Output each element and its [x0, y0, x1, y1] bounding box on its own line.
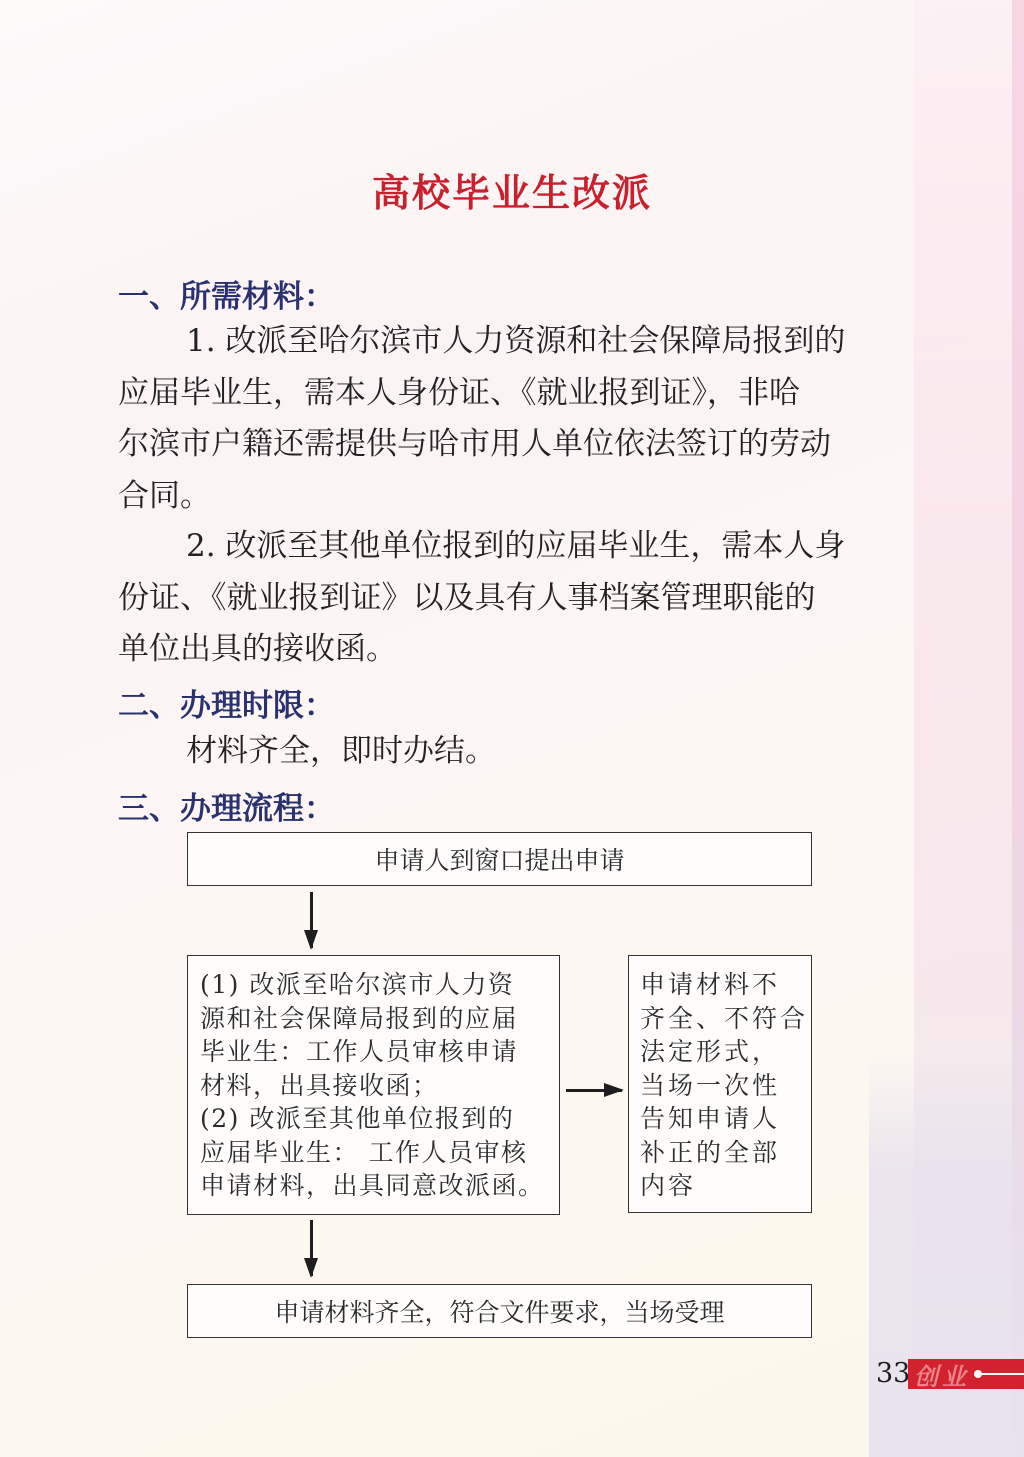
materials-item-1-line-2: 应届毕业生，需本人身份证、《就业报到证》，非哈	[118, 368, 908, 420]
flow-review-line: 申请材料，出具同意改派函。	[200, 1169, 559, 1203]
heading-materials: 一、所需材料：	[118, 271, 335, 316]
page-section-tag: 创业	[908, 1359, 1024, 1389]
arrow-down-icon	[310, 1220, 313, 1276]
flow-step-apply: 申请人到窗口提出申请	[187, 832, 812, 886]
flow-incomplete-line: 申请材料不	[640, 968, 811, 1002]
flow-incomplete-line: 告知申请人	[640, 1102, 811, 1136]
flow-step-review: (1) 改派至哈尔滨市人力资 源和社会保障局报到的应届 毕业生：工作人员审核申请…	[187, 955, 560, 1215]
flow-review-line: (2) 改派至其他单位报到的	[200, 1102, 559, 1136]
flow-review-line: (1) 改派至哈尔滨市人力资	[200, 968, 559, 1002]
materials-item-2: 2. 改派至其他单位报到的应届毕业生，需本人身 份证、《就业报到证》以及具有人事…	[118, 521, 908, 676]
flow-step-accept-label: 申请材料齐全，符合文件要求，当场受理	[274, 1293, 724, 1329]
heading-time-limit: 二、办理时限：	[118, 680, 335, 725]
materials-item-1-line-1: 1. 改派至哈尔滨市人力资源和社会保障局报到的	[118, 316, 908, 368]
time-limit-text: 材料齐全，即时办结。	[118, 726, 908, 778]
page-title: 高校毕业生改派	[0, 162, 1024, 217]
background-edge-strip	[1012, 0, 1024, 1457]
materials-item-1-line-3: 尔滨市户籍还需提供与哈市用人单位依法签订的劳动	[118, 419, 908, 471]
line-text: 2. 改派至其他单位报到的应届毕业生，需本人身	[186, 528, 845, 564]
materials-item-2-line-1: 2. 改派至其他单位报到的应届毕业生，需本人身	[118, 521, 908, 573]
page-number: 33	[876, 1358, 910, 1389]
tag-line-decoration	[982, 1373, 1024, 1375]
background-lavender-panel	[869, 1050, 1024, 1457]
materials-item-1: 1. 改派至哈尔滨市人力资源和社会保障局报到的 应届毕业生，需本人身份证、《就业…	[118, 316, 908, 522]
materials-item-2-line-3: 单位出具的接收函。	[118, 624, 908, 676]
heading-process: 三、办理流程：	[118, 783, 335, 828]
flow-incomplete-line: 补正的全部	[640, 1136, 811, 1170]
materials-item-2-line-2: 份证、《就业报到证》以及具有人事档案管理职能的	[118, 573, 908, 625]
flow-review-line: 材料，出具接收函；	[200, 1069, 559, 1103]
flow-incomplete-line: 齐全、不符合	[640, 1002, 811, 1036]
arrow-right-icon	[566, 1089, 622, 1092]
tag-dot-icon	[974, 1370, 982, 1378]
flow-step-incomplete: 申请材料不 齐全、不符合 法定形式， 当场一次性 告知申请人 补正的全部 内容	[628, 955, 812, 1213]
page-section-tag-label: 创业	[914, 1357, 970, 1392]
flow-review-line: 源和社会保障局报到的应届	[200, 1002, 559, 1036]
flow-incomplete-line: 当场一次性	[640, 1069, 811, 1103]
materials-item-1-line-4: 合同。	[118, 471, 908, 523]
flow-review-line: 毕业生：工作人员审核申请	[200, 1035, 559, 1069]
flow-review-line: 应届毕业生： 工作人员审核	[200, 1136, 559, 1170]
flow-incomplete-line: 内容	[640, 1169, 811, 1203]
flow-step-apply-label: 申请人到窗口提出申请	[374, 841, 624, 877]
flow-step-accept: 申请材料齐全，符合文件要求，当场受理	[187, 1284, 812, 1338]
time-limit-value: 材料齐全，即时办结。	[186, 733, 496, 769]
flow-incomplete-line: 法定形式，	[640, 1035, 811, 1069]
arrow-down-icon	[310, 892, 313, 948]
line-text: 1. 改派至哈尔滨市人力资源和社会保障局报到的	[186, 323, 845, 359]
